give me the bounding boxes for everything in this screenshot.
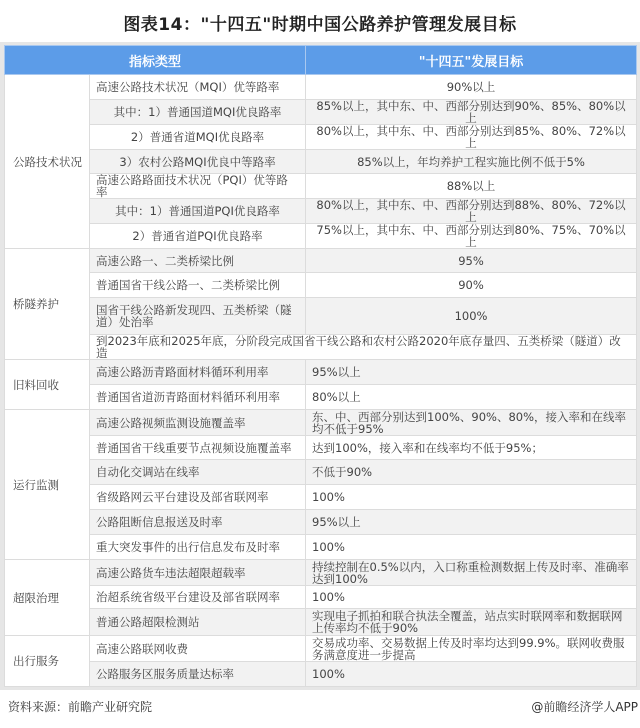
table-row: 普通公路超限检测站 实现电子抓拍和联合执法全覆盖，站点实时联网率和数据联网上传率…	[5, 609, 637, 636]
table-row: 国省干线公路新发现四、五类桥梁（隧道）处治率 100%	[5, 298, 637, 335]
indicator-cell: 普通国省干线公路一、二类桥梁比例	[90, 273, 306, 298]
category-cell: 出行服务	[5, 636, 90, 687]
table-row: 公路阻断信息报送及时率 95%以上	[5, 510, 637, 535]
indicator-cell: 普通公路超限检测站	[90, 609, 306, 636]
target-cell: 实现电子抓拍和联合执法全覆盖，站点实时联网率和数据联网上传率均不低于90%	[306, 609, 637, 636]
target-cell: 达到100%，接入率和在线率均不低于95%；	[306, 436, 637, 460]
table-row: 超限治理 高速公路货车违法超限超载率 持续控制在0.5%以内，入口称重检测数据上…	[5, 560, 637, 586]
target-cell: 100%	[306, 535, 637, 560]
table-row: 公路技术状况 高速公路技术状况（MQI）优等路率 90%以上	[5, 75, 637, 100]
indicator-cell: 重大突发事件的出行信息发布及时率	[90, 535, 306, 560]
indicator-cell: 治超系统省级平台建设及部省联网率	[90, 586, 306, 609]
table-row: 治超系统省级平台建设及部省联网率 100%	[5, 586, 637, 609]
indicator-cell: 2）普通省道MQI优良路率	[90, 125, 306, 150]
category-cell: 运行监测	[5, 410, 90, 560]
target-cell: 88%以上	[306, 174, 637, 199]
indicator-cell: 普通国省道沥青路面材料循环利用率	[90, 385, 306, 410]
target-cell: 100%	[306, 586, 637, 609]
indicator-cell: 2）普通省道PQI优良路率	[90, 224, 306, 249]
indicator-cell: 自动化交调站在线率	[90, 460, 306, 485]
table-row: 普通国省道沥青路面材料循环利用率 80%以上	[5, 385, 637, 410]
source-note: 资料来源：前瞻产业研究院	[8, 698, 152, 715]
indicator-cell: 其中：1）普通国道MQI优良路率	[90, 100, 306, 125]
table-row: 普通国省干线重要节点视频设施覆盖率 达到100%，接入率和在线率均不低于95%；	[5, 436, 637, 460]
targets-table: 指标类型 "十四五"发展目标 公路技术状况 高速公路技术状况（MQI）优等路率 …	[4, 45, 637, 687]
target-cell: 100%	[306, 298, 637, 335]
indicator-cell: 普通国省干线重要节点视频设施覆盖率	[90, 436, 306, 460]
target-cell: 95%	[306, 249, 637, 273]
table-row: 出行服务 高速公路联网收费 交易成功率、交易数据上传及时率均达到99.9%。联网…	[5, 636, 637, 662]
table-row: 公路服务区服务质量达标率 100%	[5, 662, 637, 687]
page-title: 图表14："十四五"时期中国公路养护管理发展目标	[0, 10, 640, 35]
header-target: "十四五"发展目标	[306, 46, 637, 75]
table-row: 重大突发事件的出行信息发布及时率 100%	[5, 535, 637, 560]
table-row: 自动化交调站在线率 不低于90%	[5, 460, 637, 485]
header-indicator-type: 指标类型	[5, 46, 306, 75]
table-row: 运行监测 高速公路视频监测设施覆盖率 东、中、西部分别达到100%、90%、80…	[5, 410, 637, 436]
target-cell: 95%以上	[306, 510, 637, 535]
indicator-cell: 高速公路货车违法超限超载率	[90, 560, 306, 586]
target-cell: 95%以上	[306, 360, 637, 385]
target-cell: 90%以上	[306, 75, 637, 100]
target-cell: 80%以上，其中东、中、西部分别达到88%、80%、72%以上	[306, 199, 637, 224]
table-row: 省级路网云平台建设及部省联网率 100%	[5, 485, 637, 510]
table-row: 其中：1）普通国道PQI优良路率 80%以上，其中东、中、西部分别达到88%、8…	[5, 199, 637, 224]
credit-note: @前瞻经济学人APP	[531, 698, 638, 715]
category-cell: 桥隧养护	[5, 249, 90, 360]
category-cell: 超限治理	[5, 560, 90, 636]
indicator-cell: 高速公路技术状况（MQI）优等路率	[90, 75, 306, 100]
category-cell: 旧料回收	[5, 360, 90, 410]
indicator-cell: 其中：1）普通国道PQI优良路率	[90, 199, 306, 224]
indicator-cell: 高速公路联网收费	[90, 636, 306, 662]
target-cell: 80%以上	[306, 385, 637, 410]
target-cell: 85%以上，其中东、中、西部分别达到90%、85%、80%以上	[306, 100, 637, 125]
target-cell: 80%以上，其中东、中、西部分别达到85%、80%、72%以上	[306, 125, 637, 150]
target-cell: 持续控制在0.5%以内，入口称重检测数据上传及时率、准确率达到100%	[306, 560, 637, 586]
table-row: 到2023年底和2025年底，分阶段完成国省干线公路和农村公路2020年底存量四…	[5, 335, 637, 360]
target-cell: 100%	[306, 485, 637, 510]
target-cell: 90%	[306, 273, 637, 298]
indicator-cell: 省级路网云平台建设及部省联网率	[90, 485, 306, 510]
table-row: 桥隧养护 高速公路一、二类桥梁比例 95%	[5, 249, 637, 273]
table-row: 3）农村公路MQI优良中等路率 85%以上，年均养护工程实施比例不低于5%	[5, 150, 637, 174]
table-row: 高速公路路面技术状况（PQI）优等路率 88%以上	[5, 174, 637, 199]
indicator-cell: 国省干线公路新发现四、五类桥梁（隧道）处治率	[90, 298, 306, 335]
indicator-cell: 3）农村公路MQI优良中等路率	[90, 150, 306, 174]
target-cell: 不低于90%	[306, 460, 637, 485]
indicator-cell: 高速公路路面技术状况（PQI）优等路率	[90, 174, 306, 199]
table-row: 其中：1）普通国道MQI优良路率 85%以上，其中东、中、西部分别达到90%、8…	[5, 100, 637, 125]
target-cell: 交易成功率、交易数据上传及时率均达到99.9%。联网收费服务满意度进一步提高	[306, 636, 637, 662]
indicator-cell: 公路阻断信息报送及时率	[90, 510, 306, 535]
table-row: 旧料回收 高速公路沥青路面材料循环利用率 95%以上	[5, 360, 637, 385]
indicator-cell: 高速公路视频监测设施覆盖率	[90, 410, 306, 436]
target-cell: 100%	[306, 662, 637, 687]
table-row: 2）普通省道PQI优良路率 75%以上，其中东、中、西部分别达到80%、75%、…	[5, 224, 637, 249]
target-cell: 85%以上，年均养护工程实施比例不低于5%	[306, 150, 637, 174]
table-row: 普通国省干线公路一、二类桥梁比例 90%	[5, 273, 637, 298]
category-cell: 公路技术状况	[5, 75, 90, 249]
target-cell: 75%以上，其中东、中、西部分别达到80%、75%、70%以上	[306, 224, 637, 249]
indicator-cell: 高速公路沥青路面材料循环利用率	[90, 360, 306, 385]
indicator-cell: 高速公路一、二类桥梁比例	[90, 249, 306, 273]
indicator-cell: 公路服务区服务质量达标率	[90, 662, 306, 687]
table-row: 2）普通省道MQI优良路率 80%以上，其中东、中、西部分别达到85%、80%、…	[5, 125, 637, 150]
note-cell: 到2023年底和2025年底，分阶段完成国省干线公路和农村公路2020年底存量四…	[90, 335, 637, 360]
target-cell: 东、中、西部分别达到100%、90%、80%，接入率和在线率均不低于95%	[306, 410, 637, 436]
